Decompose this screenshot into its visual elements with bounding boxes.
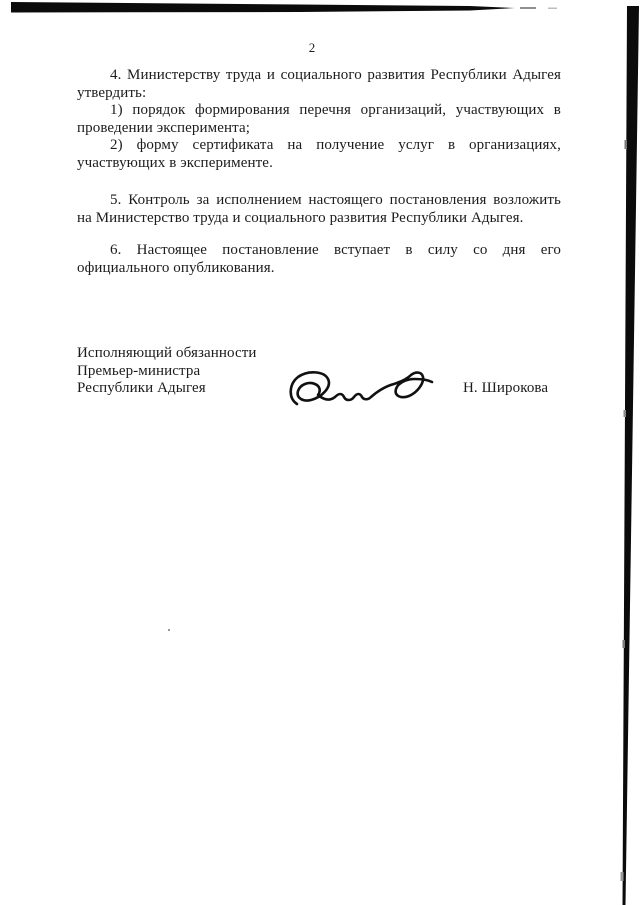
scan-artifact-right-nub bbox=[621, 872, 624, 881]
paragraph-5-line-1: 5. Контроль за исполнением настоящего по… bbox=[77, 192, 561, 210]
list-item-1-line-2: проведении эксперимента; bbox=[77, 120, 561, 138]
signature-block: Исполняющий обязанности Премьер-министра… bbox=[77, 345, 561, 425]
paragraph-6: 6. Настоящее постановление вступает в си… bbox=[77, 242, 561, 277]
list-item-1-line-1: 1) порядок формирования перечня организа… bbox=[77, 102, 561, 120]
signer-title: Исполняющий обязанности Премьер-министра… bbox=[77, 345, 257, 398]
paragraph-4: 4. Министерству труда и социального разв… bbox=[77, 67, 561, 102]
scan-artifact-top-dash bbox=[548, 8, 557, 10]
list-item-2-line-1: 2) форму сертификата на получение услуг … bbox=[77, 137, 561, 155]
signer-title-line-3: Республики Адыгея bbox=[77, 380, 257, 398]
signer-name: Н. Широкова bbox=[463, 380, 548, 398]
scan-artifact-right-nub bbox=[625, 140, 628, 149]
scan-artifact-top-bar bbox=[11, 2, 515, 13]
list-item-2: 2) форму сертификата на получение услуг … bbox=[77, 137, 561, 172]
paragraph-6-line-2: официального опубликования. bbox=[77, 260, 561, 278]
list-item-1: 1) порядок формирования перечня организа… bbox=[77, 102, 561, 137]
scan-artifact-right-nub bbox=[623, 640, 626, 648]
handwritten-signature bbox=[283, 365, 437, 415]
signer-title-line-1: Исполняющий обязанности bbox=[77, 345, 257, 363]
scan-speck bbox=[168, 629, 170, 631]
scan-artifact-right-nub bbox=[624, 410, 627, 417]
paragraph-6-line-1: 6. Настоящее постановление вступает в си… bbox=[77, 242, 561, 260]
scan-artifact-top-dash bbox=[520, 7, 536, 9]
paragraph-4-line-2: утвердить: bbox=[77, 85, 561, 103]
paragraph-4-line-1: 4. Министерству труда и социального разв… bbox=[77, 67, 561, 85]
page-number: 2 bbox=[77, 41, 547, 55]
document-page: 2 4. Министерству труда и социального ра… bbox=[0, 0, 640, 905]
list-item-2-line-2: участвующих в эксперименте. bbox=[77, 155, 561, 173]
signer-title-line-2: Премьер-министра bbox=[77, 363, 257, 381]
paragraph-5: 5. Контроль за исполнением настоящего по… bbox=[77, 192, 561, 227]
paragraph-5-line-2: на Министерство труда и социального разв… bbox=[77, 210, 561, 228]
scan-artifact-right-line bbox=[623, 6, 640, 905]
